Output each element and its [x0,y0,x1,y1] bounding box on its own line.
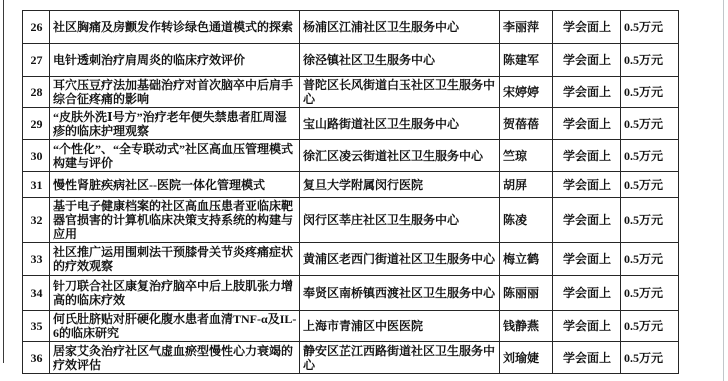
institution-cell: 普陀区长风街道白玉社区卫生服务中心 [300,77,500,108]
row-number-cell: 28 [23,77,50,108]
project-leader-cell: 陈丽丽 [500,276,553,311]
row-number-cell: 31 [23,172,50,198]
category-cell: 学会面上 [553,243,621,276]
institution-cell: 宝山路街道社区卫生服务中心 [300,108,500,140]
category-cell: 学会面上 [553,342,621,374]
project-leader-cell: 陈凌 [500,198,553,243]
category-cell: 学会面上 [553,44,621,77]
amount-cell: 0.5万元 [621,243,679,276]
project-leader-cell: 李丽萍 [500,11,553,44]
table-row: 33 社区推广运用围刺法干预膝骨关节炎疼痛症状的疗效观察 黄浦区老西门街道社区卫… [23,243,679,276]
project-title-cell: “皮肤外洗Ⅰ号方”治疗老年便失禁患者肛周湿疹的临床护理观察 [50,108,300,140]
project-title-cell: 慢性肾脏疾病社区--医院一体化管理模式 [50,172,300,198]
project-title-cell: 基于电子健康档案的社区高血压患者亚临床靶器官损害的计算机临床决策支持系统的构建与… [50,198,300,243]
page-left-edge-line [3,0,4,363]
table-row: 30 “个性化”、“全专联动式”社区高血压管理模式构建与评价 徐汇区凌云街道社区… [23,140,679,172]
project-title-cell: 社区推广运用围刺法干预膝骨关节炎疼痛症状的疗效观察 [50,243,300,276]
row-number-cell: 29 [23,108,50,140]
amount-cell: 0.5万元 [621,198,679,243]
table-row: 32 基于电子健康档案的社区高血压患者亚临床靶器官损害的计算机临床决策支持系统的… [23,198,679,243]
project-title-cell: 居家艾灸治疗社区气虚血瘀型慢性心力衰竭的疗效评估 [50,342,300,374]
table-row: 31 慢性肾脏疾病社区--医院一体化管理模式 复旦大学附属闵行医院 胡屏 学会面… [23,172,679,198]
institution-cell: 徐汇区凌云街道社区卫生服务中心 [300,140,500,172]
project-leader-cell: 钱静燕 [500,311,553,342]
amount-cell: 0.5万元 [621,44,679,77]
amount-cell: 0.5万元 [621,140,679,172]
row-number-cell: 33 [23,243,50,276]
row-number-cell: 32 [23,198,50,243]
table-row: 28 耳穴压豆疗法加基础治疗对首次脑卒中后肩手综合征疼痛的影响 普陀区长风街道白… [23,77,679,108]
project-leader-cell: 胡屏 [500,172,553,198]
category-cell: 学会面上 [553,140,621,172]
table-row: 26 社区胸痛及房颤发作转诊绿色通道模式的探索 杨浦区江浦社区卫生服务中心 李丽… [23,11,679,44]
table-row: 36 居家艾灸治疗社区气虚血瘀型慢性心力衰竭的疗效评估 静安区芷江西路街道社区卫… [23,342,679,374]
funding-projects-table: 26 社区胸痛及房颤发作转诊绿色通道模式的探索 杨浦区江浦社区卫生服务中心 李丽… [22,10,679,374]
project-title-cell: “个性化”、“全专联动式”社区高血压管理模式构建与评价 [50,140,300,172]
table-row: 35 何氏肚脐贴对肝硬化腹水患者血清TNF-α及IL-6的临床研究 上海市青浦区… [23,311,679,342]
category-cell: 学会面上 [553,198,621,243]
page-right-edge-line [723,0,724,381]
row-number-cell: 36 [23,342,50,374]
row-number-cell: 26 [23,11,50,44]
project-title-cell: 耳穴压豆疗法加基础治疗对首次脑卒中后肩手综合征疼痛的影响 [50,77,300,108]
category-cell: 学会面上 [553,311,621,342]
project-leader-cell: 梅立鹤 [500,243,553,276]
amount-cell: 0.5万元 [621,77,679,108]
institution-cell: 徐泾镇社区卫生服务中心 [300,44,500,77]
row-number-cell: 27 [23,44,50,77]
row-number-cell: 35 [23,311,50,342]
institution-cell: 杨浦区江浦社区卫生服务中心 [300,11,500,44]
category-cell: 学会面上 [553,276,621,311]
institution-cell: 奉贤区南桥镇西渡社区卫生服务中心 [300,276,500,311]
amount-cell: 0.5万元 [621,11,679,44]
table-row: 27 电针透刺治疗肩周炎的临床疗效评价 徐泾镇社区卫生服务中心 陈建军 学会面上… [23,44,679,77]
amount-cell: 0.5万元 [621,108,679,140]
amount-cell: 0.5万元 [621,172,679,198]
institution-cell: 复旦大学附属闵行医院 [300,172,500,198]
project-title-cell: 电针透刺治疗肩周炎的临床疗效评价 [50,44,300,77]
project-leader-cell: 宋婷婷 [500,77,553,108]
amount-cell: 0.5万元 [621,311,679,342]
category-cell: 学会面上 [553,77,621,108]
category-cell: 学会面上 [553,108,621,140]
institution-cell: 黄浦区老西门街道社区卫生服务中心 [300,243,500,276]
document-page: { "page": { "background": "#ffffff", "ta… [0,0,728,381]
row-number-cell: 30 [23,140,50,172]
project-leader-cell: 刘瑜婕 [500,342,553,374]
institution-cell: 静安区芷江西路街道社区卫生服务中心 [300,342,500,374]
table-row: 34 针刀联合社区康复治疗脑卒中后上肢肌张力增高的临床疗效 奉贤区南桥镇西渡社区… [23,276,679,311]
amount-cell: 0.5万元 [621,276,679,311]
table-row: 29 “皮肤外洗Ⅰ号方”治疗老年便失禁患者肛周湿疹的临床护理观察 宝山路街道社区… [23,108,679,140]
project-title-cell: 何氏肚脐贴对肝硬化腹水患者血清TNF-α及IL-6的临床研究 [50,311,300,342]
institution-cell: 闵行区莘庄社区卫生服务中心 [300,198,500,243]
row-number-cell: 34 [23,276,50,311]
project-leader-cell: 贺蓓蓓 [500,108,553,140]
institution-cell: 上海市青浦区中医医院 [300,311,500,342]
project-leader-cell: 竺琼 [500,140,553,172]
project-title-cell: 社区胸痛及房颤发作转诊绿色通道模式的探索 [50,11,300,44]
project-leader-cell: 陈建军 [500,44,553,77]
category-cell: 学会面上 [553,11,621,44]
amount-cell: 0.5万元 [621,342,679,374]
category-cell: 学会面上 [553,172,621,198]
project-title-cell: 针刀联合社区康复治疗脑卒中后上肢肌张力增高的临床疗效 [50,276,300,311]
